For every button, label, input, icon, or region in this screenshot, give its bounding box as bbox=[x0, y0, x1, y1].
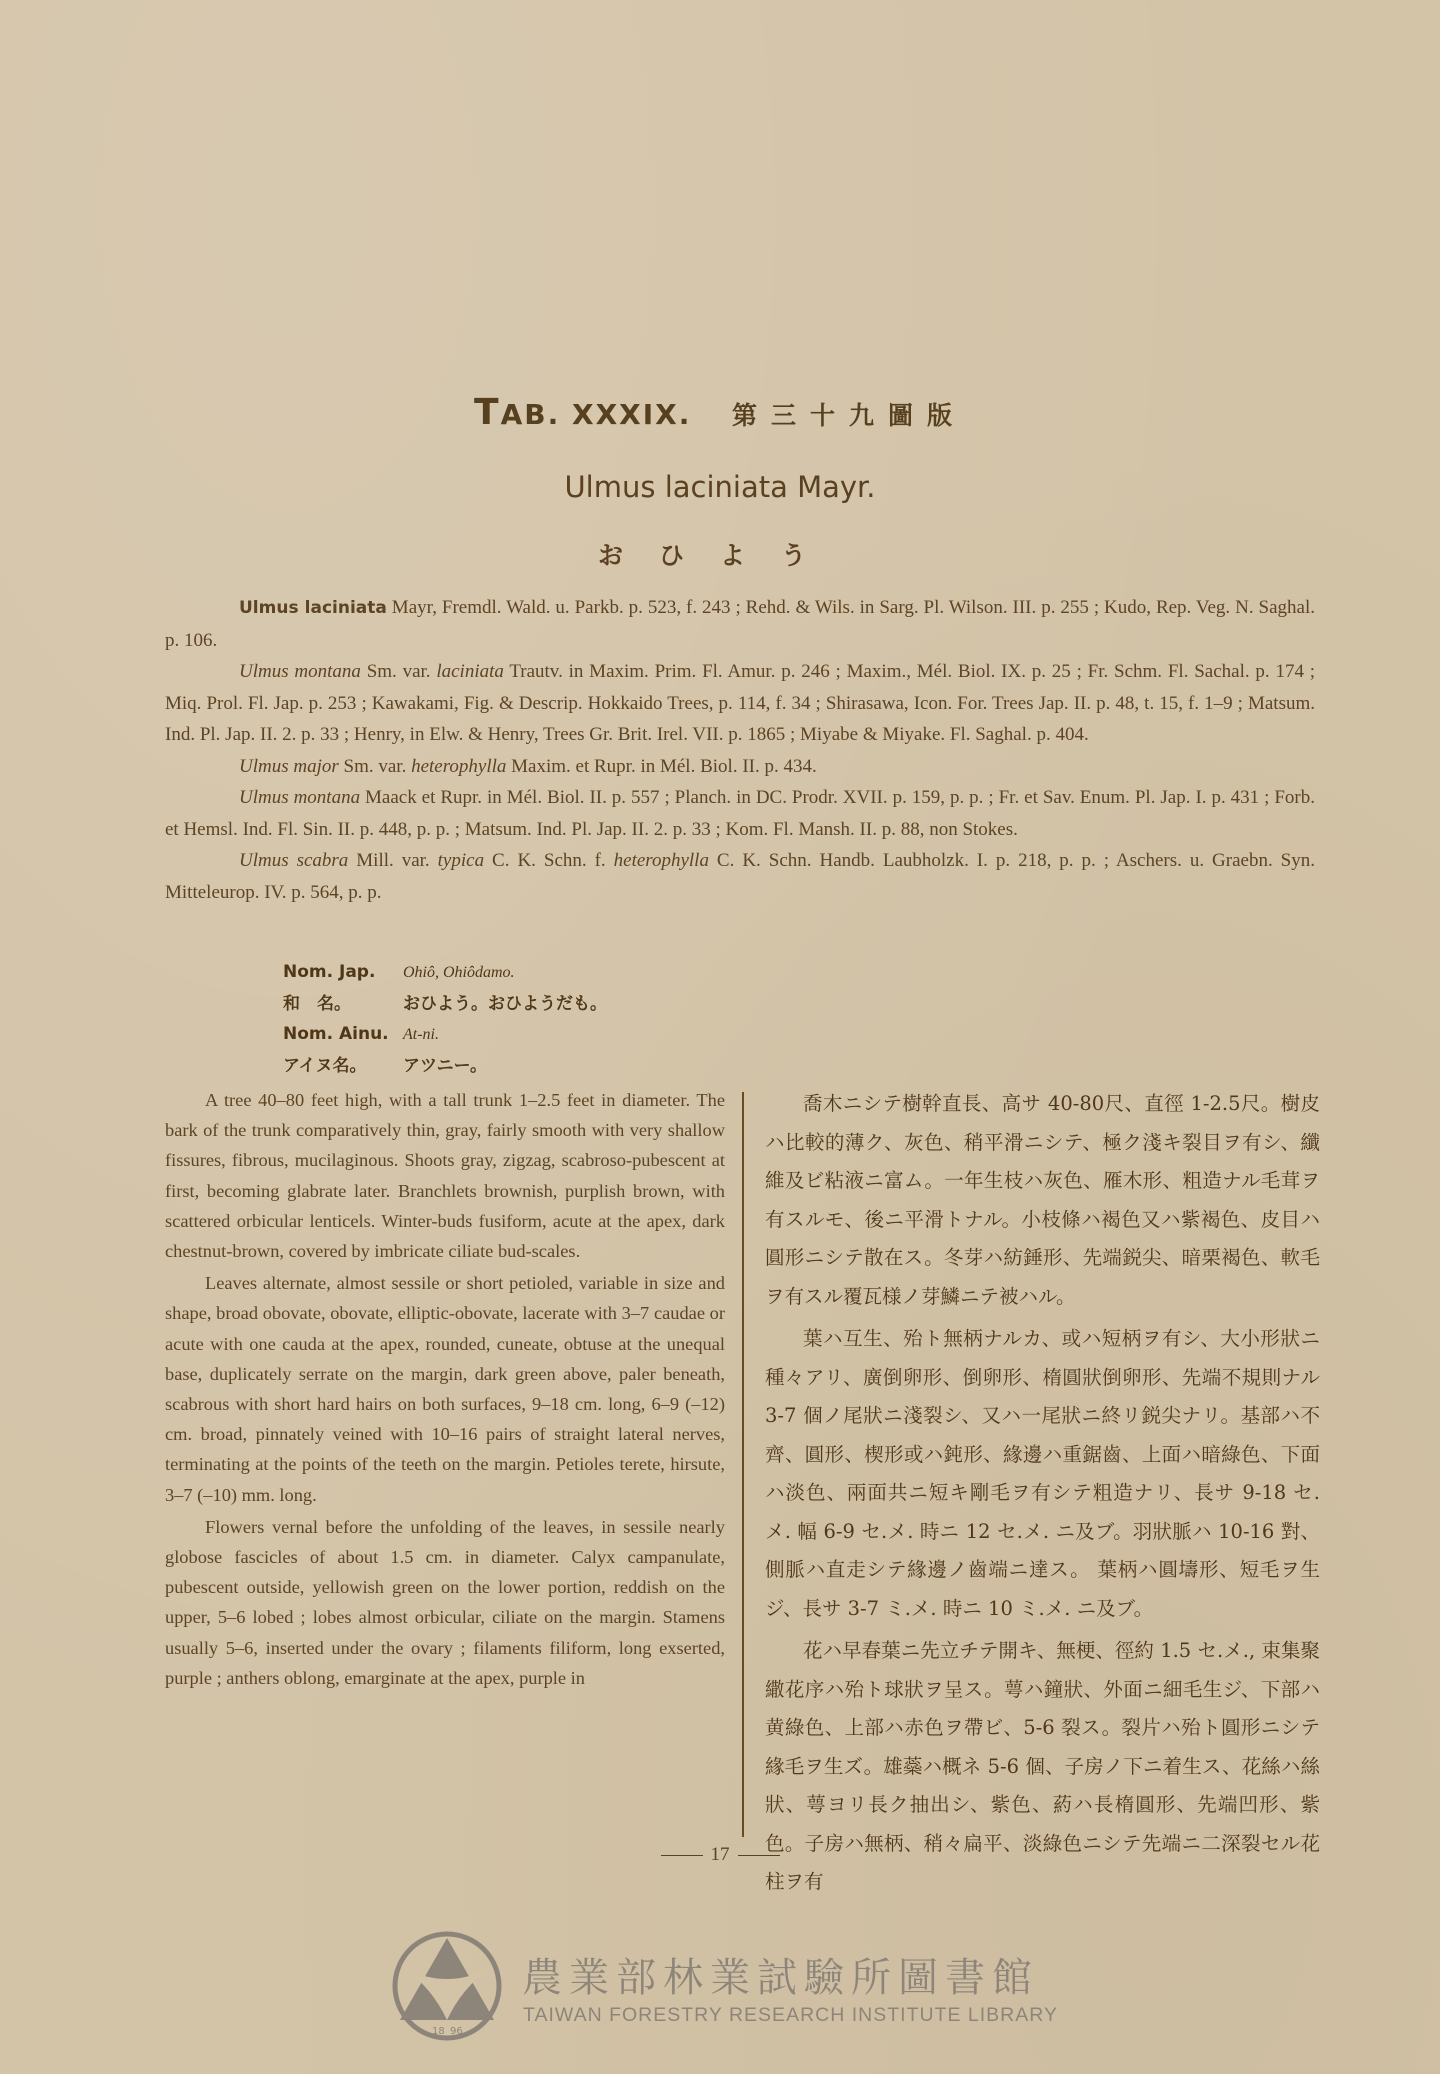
synonymy-block: Ulmus laciniata Mayr, Fremdl. Wald. u. P… bbox=[165, 592, 1315, 908]
species-name: Ulmus laciniata Mayr. bbox=[0, 470, 1440, 504]
nom-jap-value: Ohiô, Ohiôdamo. bbox=[403, 958, 515, 989]
ainu-name-row: アイヌ名。 アツニー。 bbox=[283, 1051, 883, 1082]
library-watermark: 18 96 農業部林業試驗所圖書館 TAIWAN FORESTRY RESEAR… bbox=[372, 1908, 1072, 2058]
nom-ainu-label: Nom. Ainu. bbox=[283, 1019, 403, 1050]
english-paragraph-bark: A tree 40–80 feet high, with a tall trun… bbox=[165, 1085, 725, 1266]
library-name-chinese: 農業部林業試驗所圖書館 bbox=[522, 1946, 1039, 2003]
japanese-paragraph-leaves: 葉ハ互生、殆ト無柄ナルカ、或ハ短柄ヲ有シ、大小形狀ニ種々アリ、廣倒卵形、倒卵形、… bbox=[765, 1320, 1320, 1628]
ainu-name-value: アツニー。 bbox=[403, 1051, 487, 1082]
english-paragraph-leaves: Leaves alternate, almost sessile or shor… bbox=[165, 1268, 725, 1510]
synonym-entry: Ulmus montana Maack et Rupr. in Mél. Bio… bbox=[165, 782, 1315, 845]
english-description: A tree 40–80 feet high, with a tall trun… bbox=[165, 1085, 725, 1695]
library-name-english: TAIWAN FORESTRY RESEARCH INSTITUTE LIBRA… bbox=[523, 2004, 1058, 2027]
nom-jap-label: Nom. Jap. bbox=[283, 957, 403, 988]
svg-text:18: 18 bbox=[432, 2026, 445, 2037]
species-kana-name: おひよう bbox=[0, 536, 1440, 572]
plate-label-latin: TAB. XXXIX. bbox=[474, 392, 691, 433]
plate-label-japanese: 第三十九圖版 bbox=[732, 401, 966, 430]
english-paragraph-flowers: Flowers vernal before the unfolding of t… bbox=[165, 1512, 725, 1693]
document-page: TAB. XXXIX. 第三十九圖版 Ulmus laciniata Mayr.… bbox=[0, 0, 1440, 2074]
japanese-paragraph-bark: 喬木ニシテ樹幹直長、高サ 40-80尺、直徑 1-2.5尺。樹皮ハ比較的薄ク、灰… bbox=[765, 1085, 1320, 1316]
synonym-entry: Ulmus montana Sm. var. laciniata Trautv.… bbox=[165, 656, 1315, 751]
institute-seal-icon: 18 96 bbox=[372, 1908, 522, 2058]
wamei-row: 和 名。 おひよう。おひようだも。 bbox=[283, 989, 883, 1020]
plate-title: TAB. XXXIX. 第三十九圖版 bbox=[0, 392, 1440, 433]
column-divider bbox=[742, 1092, 744, 1837]
wamei-label: 和 名。 bbox=[283, 989, 403, 1020]
vernacular-names: Nom. Jap. Ohiô, Ohiôdamo. 和 名。 おひよう。おひよう… bbox=[283, 957, 883, 1081]
dash-left bbox=[661, 1855, 703, 1857]
page-number: 17 bbox=[0, 1844, 1440, 1866]
dash-right bbox=[738, 1855, 780, 1857]
nom-ainu-row: Nom. Ainu. At-ni. bbox=[283, 1019, 883, 1051]
wamei-value: おひよう。おひようだも。 bbox=[403, 989, 607, 1020]
ainu-name-label: アイヌ名。 bbox=[283, 1051, 403, 1082]
synonym-entry: Ulmus major Sm. var. heterophylla Maxim.… bbox=[165, 751, 1315, 783]
nom-jap-row: Nom. Jap. Ohiô, Ohiôdamo. bbox=[283, 957, 883, 989]
synonym-entry: Ulmus laciniata Mayr, Fremdl. Wald. u. P… bbox=[165, 592, 1315, 656]
synonym-entry: Ulmus scabra Mill. var. typica C. K. Sch… bbox=[165, 845, 1315, 908]
nom-ainu-value: At-ni. bbox=[403, 1020, 439, 1051]
svg-text:96: 96 bbox=[450, 2026, 463, 2037]
japanese-description: 喬木ニシテ樹幹直長、高サ 40-80尺、直徑 1-2.5尺。樹皮ハ比較的薄ク、灰… bbox=[765, 1085, 1320, 1906]
